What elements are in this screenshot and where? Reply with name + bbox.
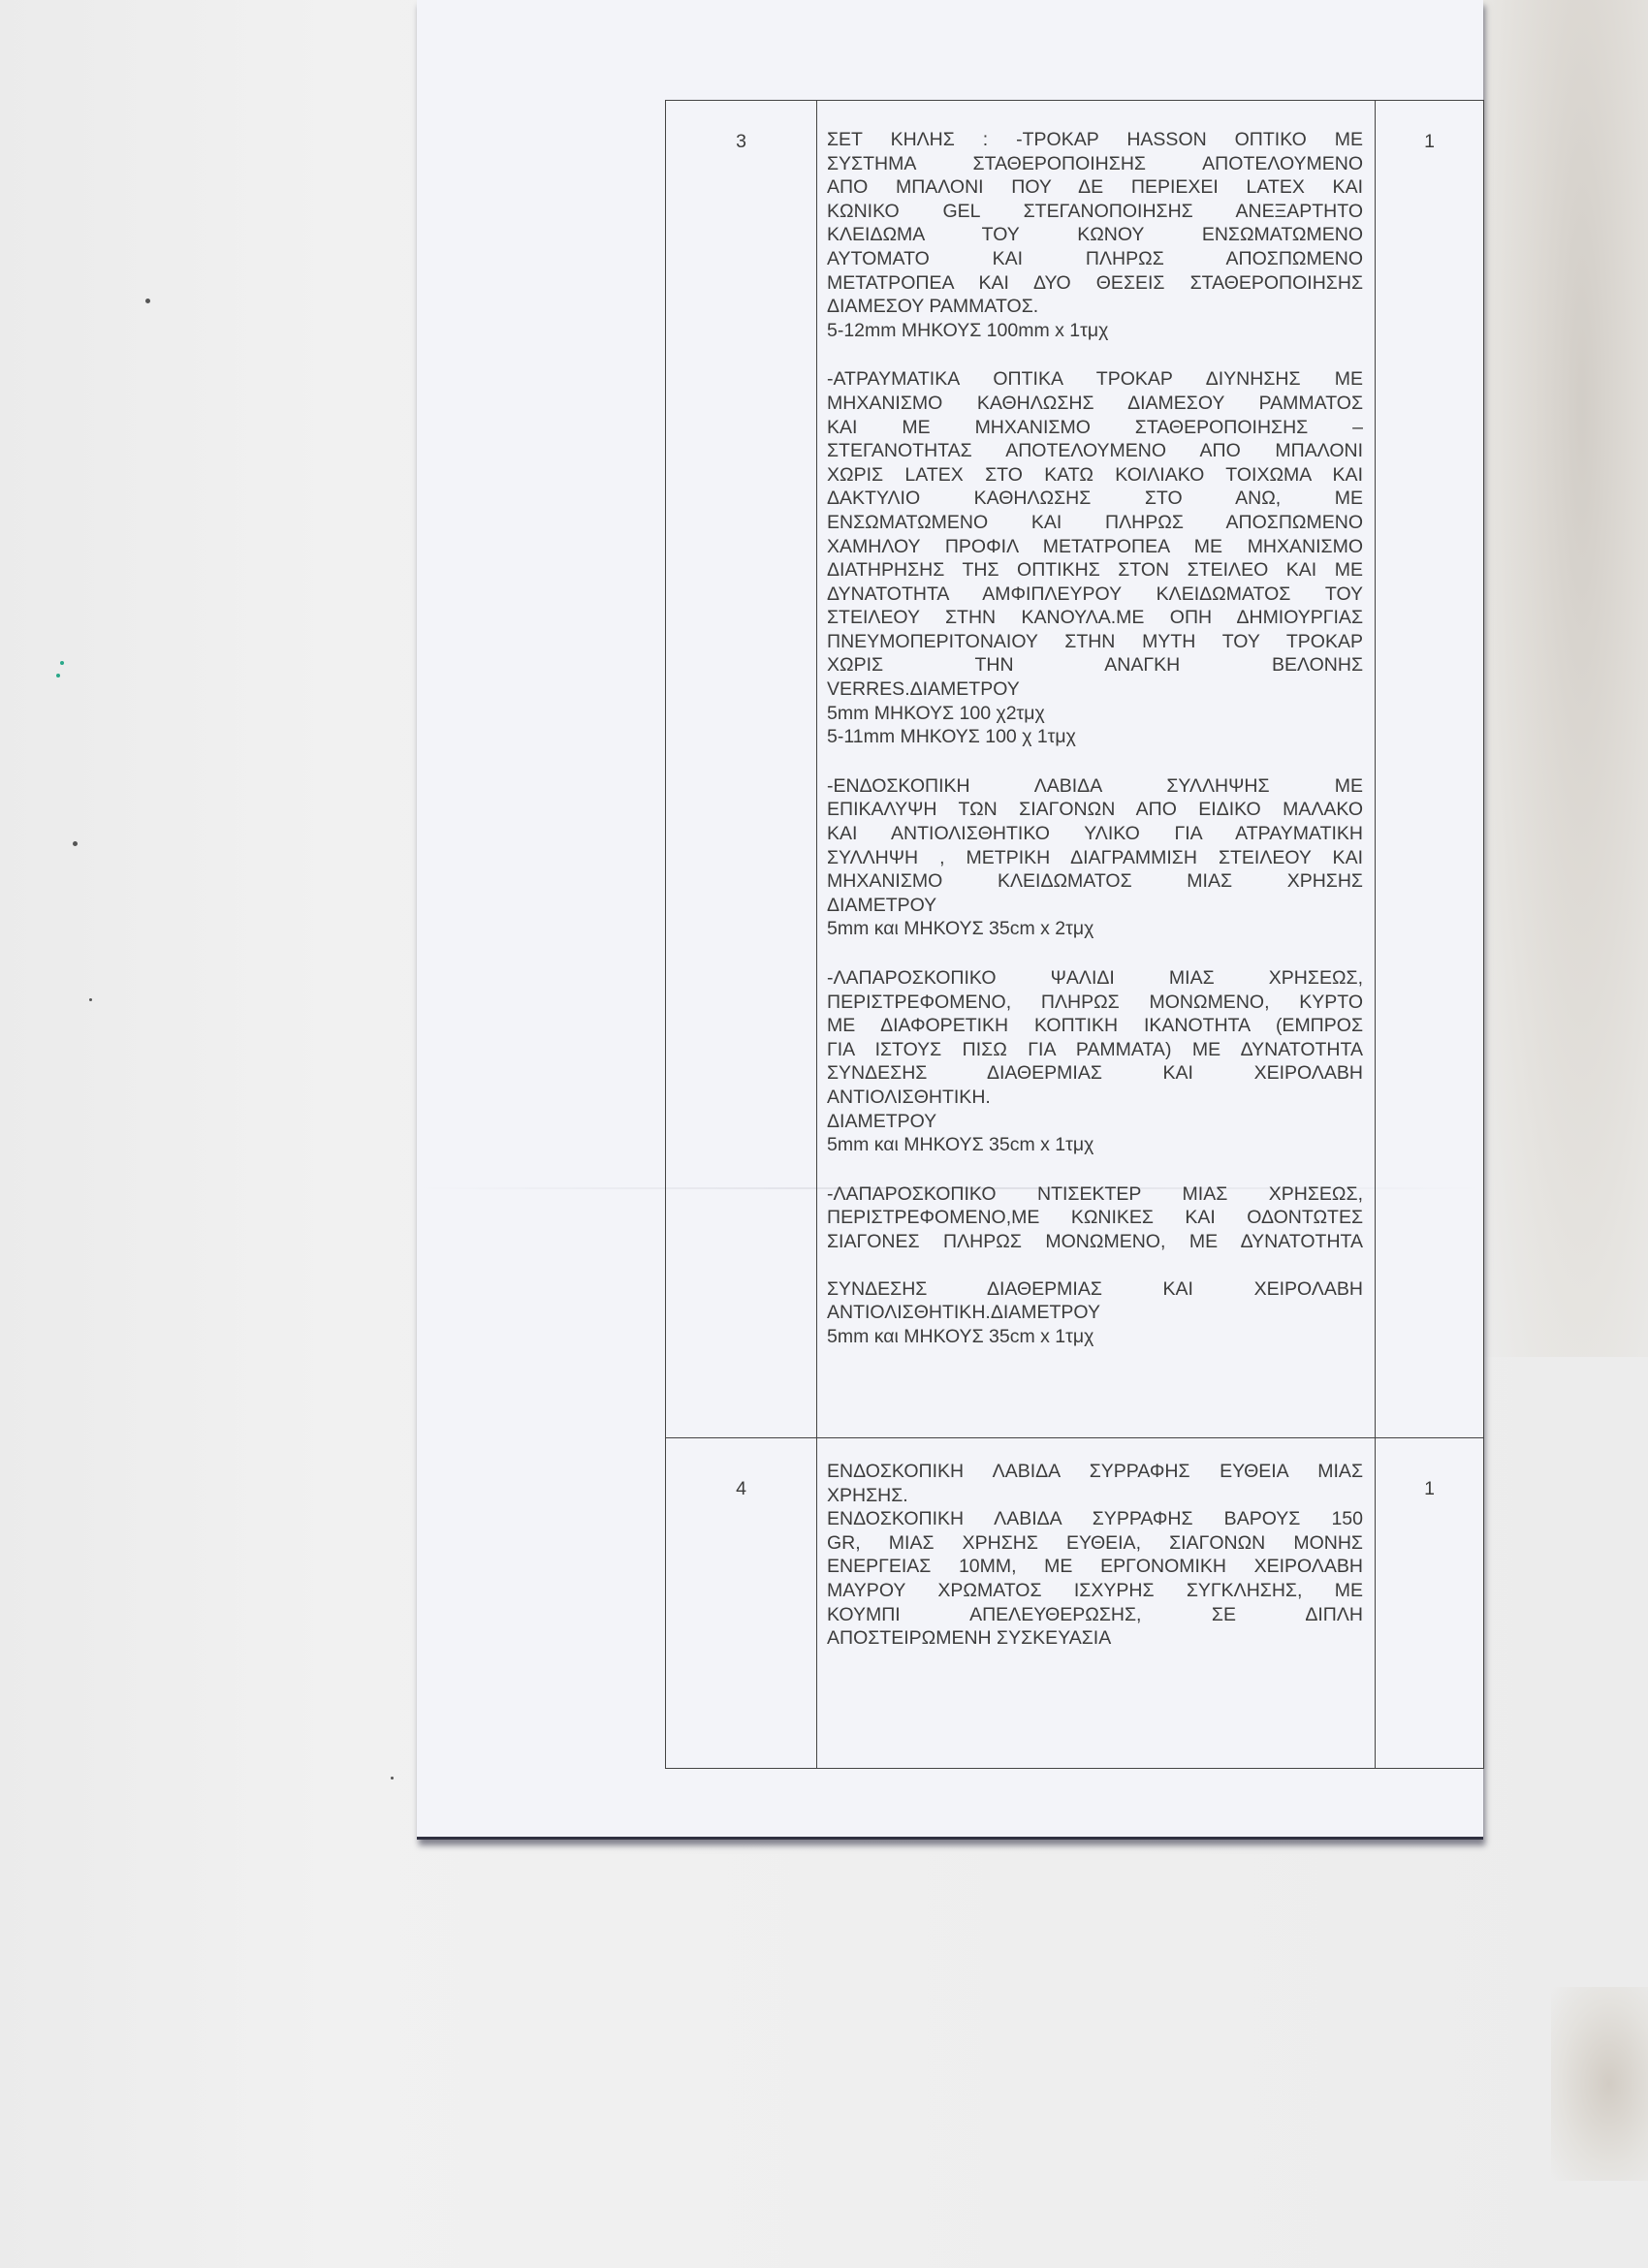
description-line: ΔΙΑΜΕΤΡΟΥ xyxy=(827,1110,1363,1134)
table-row: 3 ΣΕΤ ΚΗΛΗΣ : -ΤΡΟΚΑΡ HASSON ΟΠΤΙΚΟ ΜΕΣΥ… xyxy=(666,101,1484,1438)
item-quantity: 1 xyxy=(1376,1438,1484,1769)
description-line: ΣΤΕΙΛΕΟΥ ΣΤΗΝ ΚΑΝΟΥΛΑ.ΜΕ ΟΠΗ ΔΗΜΙΟΥΡΓΙΑΣ xyxy=(827,606,1363,630)
description-line: ΔΑΚΤΥΛΙΟ ΚΑΘΗΛΩΣΗΣ ΣΤΟ ΑΝΩ, ΜΕ xyxy=(827,487,1363,511)
description-block: ΣΕΤ ΚΗΛΗΣ : -ΤΡΟΚΑΡ HASSON ΟΠΤΙΚΟ ΜΕΣΥΣΤ… xyxy=(827,128,1363,342)
description-line: ΕΝΔΟΣΚΟΠΙΚΗ ΛΑΒΙΔΑ ΣΥΡΡΑΦΗΣ ΕΥΘΕΙΑ ΜΙΑΣ xyxy=(827,1460,1363,1484)
description-line: ΧΩΡΙΣ LATEX ΣΤΟ ΚΑΤΩ ΚΟΙΛΙΑΚΟ ΤΟΙΧΩΜΑ ΚΑ… xyxy=(827,463,1363,488)
description-line: 5mm και ΜΗΚΟΥΣ 35cm x 1τμχ xyxy=(827,1133,1363,1157)
description-line: ΑΥΤΟΜΑΤΟ ΚΑΙ ΠΛΗΡΩΣ ΑΠΟΣΠΩΜΕΝΟ xyxy=(827,247,1363,271)
description-line: ΑΠΟΣΤΕΙΡΩΜΕΝΗ ΣΥΣΚΕΥΑΣΙΑ xyxy=(827,1626,1363,1651)
description-line: ΔΙΑΤΗΡΗΣΗΣ ΤΗΣ ΟΠΤΙΚΗΣ ΣΤΟΝ ΣΤΕΙΛΕΟ ΚΑΙ … xyxy=(827,558,1363,583)
description-line: ΑΠΟ ΜΠΑΛΟΝΙ ΠΟΥ ΔΕ ΠΕΡΙΕΧΕΙ LATEX ΚΑΙ xyxy=(827,175,1363,200)
scanner-background-stain xyxy=(1551,1987,1648,2181)
description-line: VERRES.ΔΙΑΜΕΤΡΟΥ xyxy=(827,677,1363,702)
description-block: -ΕΝΔΟΣΚΟΠΙΚΗ ΛΑΒΙΔΑ ΣΥΛΛΗΨΗΣ ΜΕΕΠΙΚΑΛΥΨΗ… xyxy=(827,774,1363,941)
description-line: ΠΕΡΙΣΤΡΕΦΟΜΕΝΟ, ΠΛΗΡΩΣ ΜΟΝΩΜΕΝΟ, ΚΥΡΤΟ xyxy=(827,991,1363,1015)
item-number: 4 xyxy=(666,1438,817,1769)
description-line: ΠΝΕΥΜΟΠΕΡΙΤΟΝΑΙΟΥ ΣΤΗΝ ΜΥΤΗ ΤΟΥ ΤΡΟΚΑΡ xyxy=(827,630,1363,654)
description-line: ΣΙΑΓΟΝΕΣ ΠΛΗΡΩΣ ΜΟΝΩΜΕΝΟ, ΜΕ ΔΥΝΑΤΟΤΗΤΑ xyxy=(827,1230,1363,1254)
description-line: -ΕΝΔΟΣΚΟΠΙΚΗ ΛΑΒΙΔΑ ΣΥΛΛΗΨΗΣ ΜΕ xyxy=(827,774,1363,799)
description-line: ΓΙΑ ΙΣΤΟΥΣ ΠΙΣΩ ΓΙΑ ΡΑΜΜΑΤΑ) ΜΕ ΔΥΝΑΤΟΤΗ… xyxy=(827,1038,1363,1062)
item-number-text: 4 xyxy=(736,1478,746,1499)
description-line: -ΑΤΡΑΥΜΑΤΙΚΑ ΟΠΤΙΚΑ ΤΡΟΚΑΡ ΔΙΥΝΗΣΗΣ ΜΕ xyxy=(827,367,1363,392)
description-line: ΕΝΕΡΓΕΙΑΣ 10ΜΜ, ΜΕ ΕΡΓΟΝΟΜΙΚΗ ΧΕΙΡΟΛΑΒΗ xyxy=(827,1555,1363,1579)
description-block: -ΑΤΡΑΥΜΑΤΙΚΑ ΟΠΤΙΚΑ ΤΡΟΚΑΡ ΔΙΥΝΗΣΗΣ ΜΕΜΗ… xyxy=(827,367,1363,749)
description-block: -ΛΑΠΑΡΟΣΚΟΠΙΚΟ ΨΑΛΙΔΙ ΜΙΑΣ ΧΡΗΣΕΩΣ,ΠΕΡΙΣ… xyxy=(827,966,1363,1157)
description-line: ΣΥΝΔΕΣΗΣ ΔΙΑΘΕΡΜΙΑΣ ΚΑΙ ΧΕΙΡΟΛΑΒΗ xyxy=(827,1061,1363,1086)
description-line: ΜΗΧΑΝΙΣΜΟ ΚΛΕΙΔΩΜΑΤΟΣ ΜΙΑΣ ΧΡΗΣΗΣ xyxy=(827,869,1363,894)
description-block: -ΛΑΠΑΡΟΣΚΟΠΙΚΟ ΝΤΙΣΕΚΤΕΡ ΜΙΑΣ ΧΡΗΣΕΩΣ,ΠΕ… xyxy=(827,1182,1363,1349)
table-row: 4 ΕΝΔΟΣΚΟΠΙΚΗ ΛΑΒΙΔΑ ΣΥΡΡΑΦΗΣ ΕΥΘΕΙΑ ΜΙΑ… xyxy=(666,1438,1484,1769)
description-line: 5-12mm ΜΗΚΟΥΣ 100mm x 1τμχ xyxy=(827,319,1363,343)
description-line: ΕΝΣΩΜΑΤΩΜΕΝΟ ΚΑΙ ΠΛΗΡΩΣ ΑΠΟΣΠΩΜΕΝΟ xyxy=(827,511,1363,535)
ink-speck xyxy=(56,674,60,677)
description-line: ΣΕΤ ΚΗΛΗΣ : -ΤΡΟΚΑΡ HASSON ΟΠΤΙΚΟ ΜΕ xyxy=(827,128,1363,152)
description-line: ΜΑΥΡΟΥ ΧΡΩΜΑΤΟΣ ΙΣΧΥΡΗΣ ΣΥΓΚΛΗΣΗΣ, ΜΕ xyxy=(827,1579,1363,1603)
bleed-through-handwriting: ​ xyxy=(531,24,536,69)
description-line: 5-11mm ΜΗΚΟΥΣ 100 χ 1τμχ xyxy=(827,725,1363,749)
specification-table: 3 ΣΕΤ ΚΗΛΗΣ : -ΤΡΟΚΑΡ HASSON ΟΠΤΙΚΟ ΜΕΣΥ… xyxy=(665,100,1484,1769)
description-line: ΕΝΔΟΣΚΟΠΙΚΗ ΛΑΒΙΔΑ ΣΥΡΡΑΦΗΣ ΒΑΡΟΥΣ 150 xyxy=(827,1507,1363,1531)
description-line: ΧΩΡΙΣ ΤΗΝ ΑΝΑΓΚΗ ΒΕΛΟΝΗΣ xyxy=(827,653,1363,677)
description-line: ΜΕΤΑΤΡΟΠΕΑ ΚΑΙ ΔΥΟ ΘΕΣΕΙΣ ΣΤΑΘΕΡΟΠΟΙΗΣΗΣ xyxy=(827,271,1363,296)
description-line: ΠΕΡΙΣΤΡΕΦΟΜΕΝΟ,ΜΕ ΚΩΝΙΚΕΣ ΚΑΙ ΟΔΟΝΤΩΤΕΣ xyxy=(827,1206,1363,1230)
description-line: ΜΕ ΔΙΑΦΟΡΕΤΙΚΗ ΚΟΠΤΙΚΗ ΙΚΑΝΟΤΗΤΑ (ΕΜΠΡΟΣ xyxy=(827,1014,1363,1038)
description-line: ΚΛΕΙΔΩΜΑ ΤΟΥ ΚΩΝΟΥ ΕΝΣΩΜΑΤΩΜΕΝΟ xyxy=(827,223,1363,247)
description-line: ΣΥΝΔΕΣΗΣ ΔΙΑΘΕΡΜΙΑΣ ΚΑΙ ΧΕΙΡΟΛΑΒΗ xyxy=(827,1277,1363,1302)
description-line: ΑΝΤΙΟΛΙΣΘΗΤΙΚΗ. xyxy=(827,1086,1363,1110)
description-line: ΣΥΣΤΗΜΑ ΣΤΑΘΕΡΟΠΟΙΗΣΗΣ ΑΠΟΤΕΛΟΥΜΕΝΟ xyxy=(827,152,1363,176)
description-line: ΚΟΥΜΠΙ ΑΠΕΛΕΥΘΕΡΩΣΗΣ, ΣΕ ΔΙΠΛΗ xyxy=(827,1603,1363,1627)
description-line: ΔΙΑΜΕΤΡΟΥ xyxy=(827,894,1363,918)
description-line: ΔΥΝΑΤΟΤΗΤΑ ΑΜΦΙΠΛΕΥΡΟΥ ΚΛΕΙΔΩΜΑΤΟΣ ΤΟΥ xyxy=(827,583,1363,607)
description-line: -ΛΑΠΑΡΟΣΚΟΠΙΚΟ ΨΑΛΙΔΙ ΜΙΑΣ ΧΡΗΣΕΩΣ, xyxy=(827,966,1363,991)
dust-speck xyxy=(73,841,78,846)
description-block: ΕΝΔΟΣΚΟΠΙΚΗ ΛΑΒΙΔΑ ΣΥΡΡΑΦΗΣ ΕΥΘΕΙΑ ΜΙΑΣΧ… xyxy=(827,1460,1363,1507)
description-line: -ΛΑΠΑΡΟΣΚΟΠΙΚΟ ΝΤΙΣΕΚΤΕΡ ΜΙΑΣ ΧΡΗΣΕΩΣ, xyxy=(827,1182,1363,1207)
description-line: 5mm ΜΗΚΟΥΣ 100 χ2τμχ xyxy=(827,702,1363,726)
description-line: ΚΑΙ ΑΝΤΙΟΛΙΣΘΗΤΙΚΟ ΥΛΙΚΟ ΓΙΑ ΑΤΡΑΥΜΑΤΙΚΗ xyxy=(827,822,1363,846)
item-quantity: 1 xyxy=(1376,101,1484,1438)
description-line: ΣΤΕΓΑΝΟΤΗΤΑΣ ΑΠΟΤΕΛΟΥΜΕΝΟ ΑΠΟ ΜΠΑΛΟΝΙ xyxy=(827,439,1363,463)
scanned-page: ​ 3 ΣΕΤ ΚΗΛΗΣ : -ΤΡΟΚΑΡ HASSON ΟΠΤΙΚΟ ΜΕ… xyxy=(417,0,1483,1840)
description-block: ΕΝΔΟΣΚΟΠΙΚΗ ΛΑΒΙΔΑ ΣΥΡΡΑΦΗΣ ΒΑΡΟΥΣ 150GR… xyxy=(827,1507,1363,1651)
description-line: 5mm και ΜΗΚΟΥΣ 35cm x 1τμχ xyxy=(827,1325,1363,1349)
description-line: ΔΙΑΜΕΣΟΥ ΡΑΜΜΑΤΟΣ. xyxy=(827,295,1363,319)
description-line: ΜΗΧΑΝΙΣΜΟ ΚΑΘΗΛΩΣΗΣ ΔΙΑΜΕΣΟΥ ΡΑΜΜΑΤΟΣ xyxy=(827,392,1363,416)
description-line: ΧΡΗΣΗΣ. xyxy=(827,1484,1363,1508)
ink-speck xyxy=(60,661,64,665)
description-line: ΧΑΜΗΛΟΥ ΠΡΟΦΙΛ ΜΕΤΑΤΡΟΠΕΑ ΜΕ ΜΗΧΑΝΙΣΜΟ xyxy=(827,535,1363,559)
dust-speck xyxy=(89,998,92,1001)
scanner-background-stain xyxy=(1483,0,1648,1357)
description-line: ΣΥΛΛΗΨΗ , ΜΕΤΡΙΚΗ ΔΙΑΓΡΑΜΜΙΣΗ ΣΤΕΙΛΕΟΥ Κ… xyxy=(827,846,1363,870)
spacer xyxy=(827,1254,1363,1277)
item-number: 3 xyxy=(666,101,817,1438)
item-description: ΣΕΤ ΚΗΛΗΣ : -ΤΡΟΚΑΡ HASSON ΟΠΤΙΚΟ ΜΕΣΥΣΤ… xyxy=(817,101,1376,1438)
item-description: ΕΝΔΟΣΚΟΠΙΚΗ ΛΑΒΙΔΑ ΣΥΡΡΑΦΗΣ ΕΥΘΕΙΑ ΜΙΑΣΧ… xyxy=(817,1438,1376,1769)
item-quantity-text: 1 xyxy=(1424,1478,1435,1499)
description-line: 5mm και ΜΗΚΟΥΣ 35cm x 2τμχ xyxy=(827,917,1363,941)
description-line: ΚΩΝΙΚΟ GEL ΣΤΕΓΑΝΟΠΟΙΗΣΗΣ ΑΝΕΞΑΡΤΗΤΟ xyxy=(827,200,1363,224)
dust-speck xyxy=(145,299,150,303)
description-line: GR, ΜΙΑΣ ΧΡΗΣΗΣ ΕΥΘΕΙΑ, ΣΙΑΓΟΝΩΝ ΜΟΝΗΣ xyxy=(827,1531,1363,1556)
description-line: ΕΠΙΚΑΛΥΨΗ ΤΩΝ ΣΙΑΓΟΝΩΝ ΑΠΟ ΕΙΔΙΚΟ ΜΑΛΑΚΟ xyxy=(827,798,1363,822)
dust-speck xyxy=(391,1777,394,1780)
description-line: ΑΝΤΙΟΛΙΣΘΗΤΙΚΗ.ΔΙΑΜΕΤΡΟΥ xyxy=(827,1301,1363,1325)
description-line: ΚΑΙ ΜΕ ΜΗΧΑΝΙΣΜΟ ΣΤΑΘΕΡΟΠΟΙΗΣΗΣ – xyxy=(827,416,1363,440)
